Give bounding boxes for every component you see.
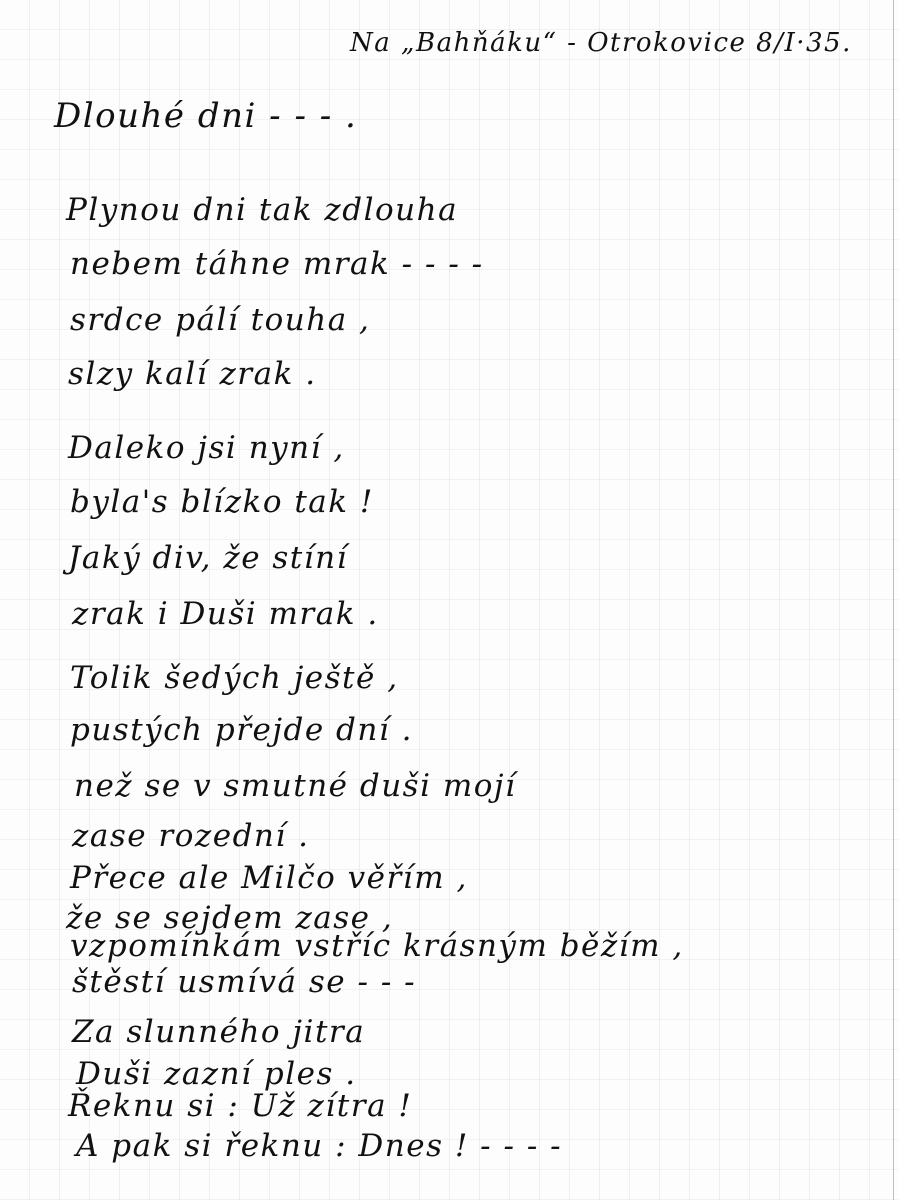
poem-line: srdce pálí touha , — [70, 302, 370, 338]
poem-line: než se v smutné duši mojí — [74, 768, 516, 804]
poem-line: Jaký div, že stíní — [68, 540, 348, 576]
poem-line: Tolik šedých ještě , — [70, 660, 399, 696]
poem-line: štěstí usmívá se - - - — [72, 964, 416, 1000]
poem-line: vzpomínkám vstříc krásným běžím , — [70, 928, 684, 964]
poem-line: slzy kalí zrak . — [68, 356, 317, 392]
poem-title: Dlouhé dni - - - . — [54, 96, 357, 136]
paper-edge-line — [893, 0, 894, 1200]
poem-line: Řeknu si : Už zítra ! — [68, 1088, 412, 1124]
poem-line: Přece ale Milčo věřím , — [70, 860, 468, 896]
poem-line: byla's blízko tak ! — [70, 484, 374, 520]
poem-line: zrak i Duši mrak . — [72, 596, 379, 632]
place-date-heading: Na „Bahňáku“ - Otrokovice 8/I·35. — [350, 28, 852, 58]
poem-line: Za slunného jitra — [72, 1014, 365, 1050]
poem-line: A pak si řeknu : Dnes ! - - - - — [76, 1128, 562, 1164]
poem-line: Daleko jsi nyní , — [68, 430, 345, 466]
poem-line: zase rozední . — [72, 818, 310, 854]
poem-line: Duši zazní ples . — [76, 1056, 357, 1092]
poem-line: nebem táhne mrak - - - - — [70, 246, 484, 282]
poem-line: Plynou dni tak zdlouha — [66, 192, 458, 228]
poem-line: pustých přejde dní . — [70, 712, 413, 748]
scanned-manuscript-page: Na „Bahňáku“ - Otrokovice 8/I·35. Dlouhé… — [0, 0, 899, 1200]
